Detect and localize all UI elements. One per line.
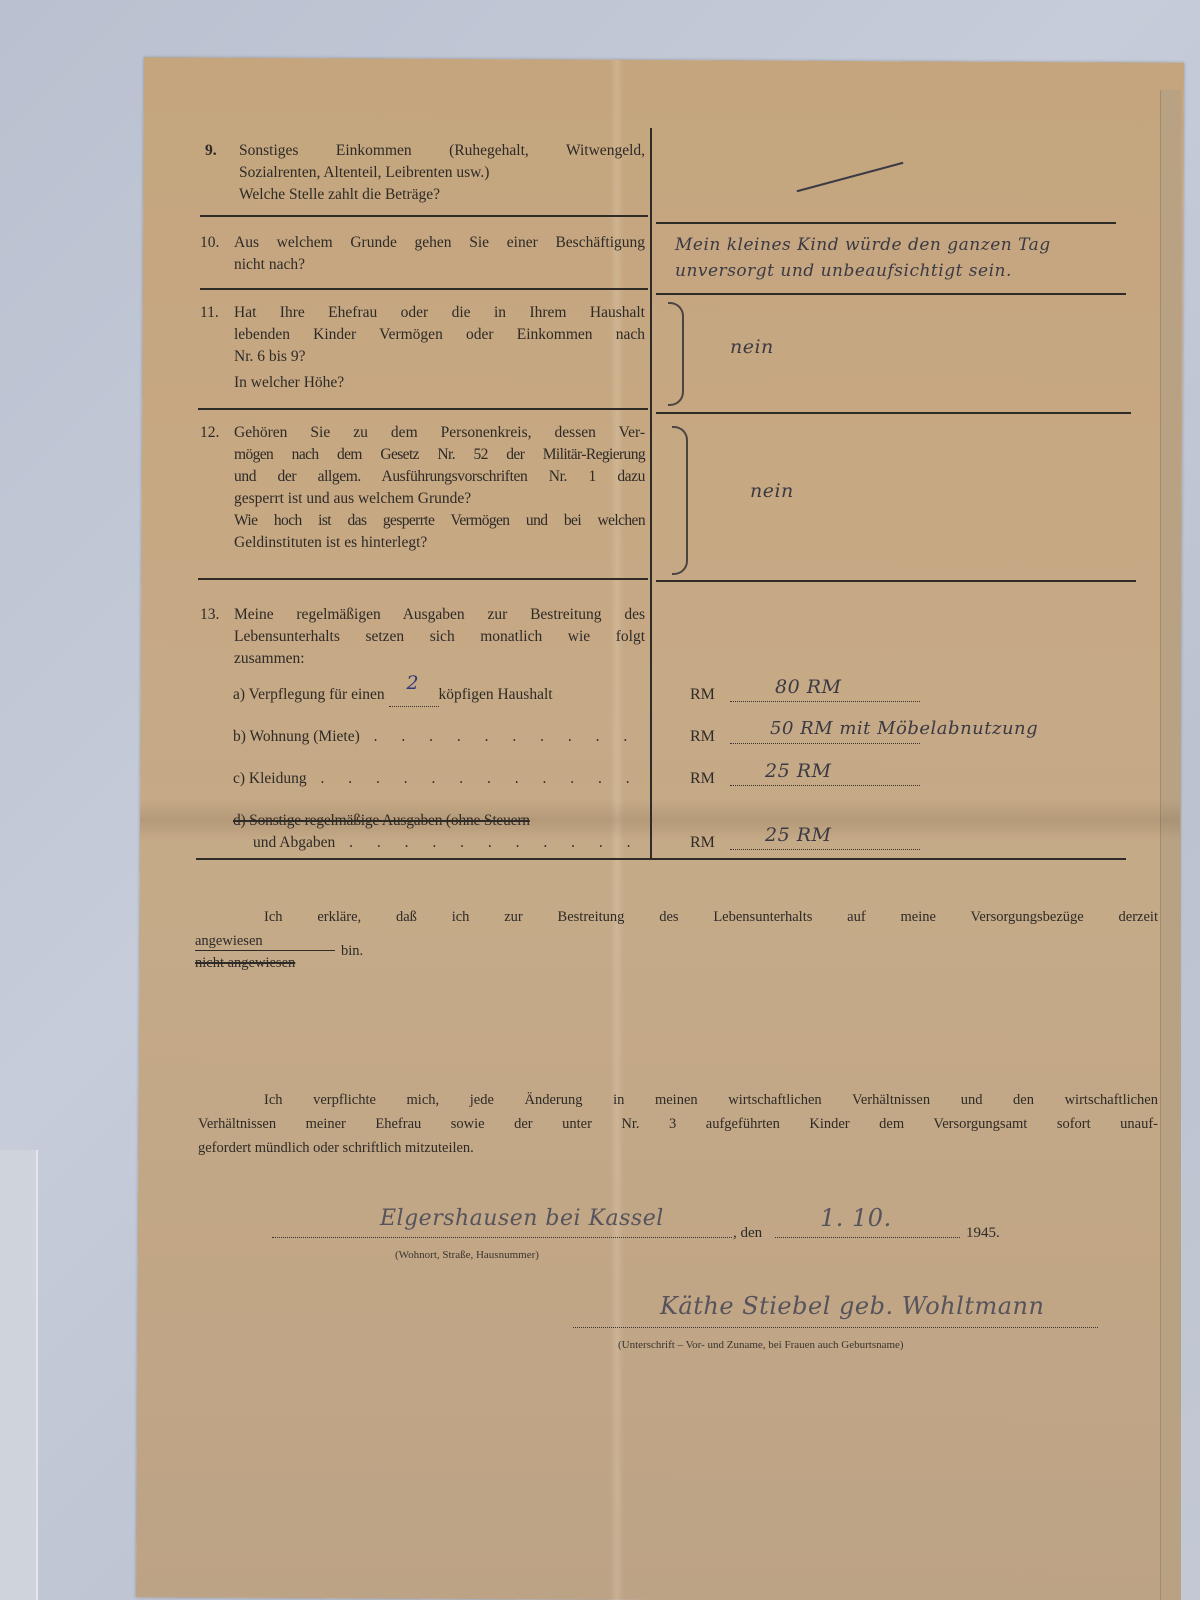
question-text-line: Geldinstituten ist es hinterlegt? [234,532,645,554]
signature-caption: (Unterschrift – Vor- und Zuname, bei Fra… [618,1334,904,1356]
question-text-line: Meine regelmäßigen Ausgaben zur Bestreit… [234,604,645,626]
amount-field-line [730,743,920,744]
currency-label: RM [690,834,715,851]
question-text-line: Sonstiges Einkommen (Ruhegehalt, Witweng… [239,140,645,162]
question-number: 12. [200,422,228,444]
expense-b-amount: RM 50 RM mit Möbelabnutzung [690,726,715,748]
question-text-line: gesperrt ist und aus welchem Grunde? [234,488,645,510]
expense-a-label: a) Verpflegung für einen 2 köpfigen Haus… [233,684,645,707]
amount-value: 80 RM [775,676,841,698]
row-divider [656,293,1126,295]
table-column-divider [650,128,652,858]
expense-label: b) Wohnung (Miete) [233,728,360,745]
currency-label: RM [690,728,715,745]
table-bottom-border [196,858,1126,860]
expense-label: köpfigen Haushalt [439,686,553,703]
expense-c-label: c) Kleidung . . . . . . . . . . . . . . … [233,768,645,790]
place-caption: (Wohnort, Straße, Hausnummer) [395,1244,539,1266]
question-number: 10. [200,232,228,254]
question-text-line: mögen nach dem Gesetz Nr. 52 der Militär… [234,444,645,466]
expense-b-label: b) Wohnung (Miete) . . . . . . . . . . .… [233,726,645,748]
question-text-line: Hat Ihre Ehefrau oder die in Ihrem Haush… [234,302,645,324]
paper-fold-flap [1160,90,1181,1600]
question-text-line: Welche Stelle zahlt die Beträge? [239,184,645,206]
amount-field-line [730,785,920,786]
question-text-line: Aus welchem Grunde gehen Sie einer Besch… [234,232,645,254]
expense-label: und Abgaben [253,834,335,851]
den-label: , den [733,1222,762,1244]
answer-12: nein [750,480,794,502]
expense-d-label: d) Sonstige regelmäßige Ausgaben (ohne S… [233,810,645,854]
currency-label: RM [690,770,715,787]
question-text-line: In welcher Höhe? [234,372,645,394]
question-number: 13. [200,604,228,626]
row-divider [656,580,1136,582]
expense-a-amount: RM 80 RM [690,684,715,706]
answer-text-line: unversorgt und unbeaufsichtigt sein. [675,258,1155,284]
amount-field-line [730,849,920,850]
question-text-line: zusammen: [234,648,645,670]
row-divider [198,578,648,580]
question-11: 11. Hat Ihre Ehefrau oder die in Ihrem H… [200,302,645,394]
question-13: 13. Meine regelmäßigen Ausgaben zur Best… [200,604,645,670]
expense-label: d) Sonstige regelmäßige Ausgaben (ohne S… [233,810,645,832]
declaration-text: Ich erkläre, daß ich zur Bestreitung des… [198,906,1158,928]
question-text-line: lebenden Kinder Vermögen oder Einkommen … [234,324,645,346]
question-number: 11. [200,302,228,324]
question-text-line: Sozialrenten, Altenteil, Leibrenten usw.… [239,162,645,184]
row-divider [200,288,648,290]
obligation-line: Ich verpflichte mich, jede Änderung in m… [198,1088,1158,1112]
question-text-line: Lebensunterhalts setzen sich monatlich w… [234,626,645,648]
expense-label: a) Verpflegung für einen [233,686,385,703]
expense-label: c) Kleidung [233,770,307,787]
amount-value: 25 RM [765,824,831,846]
date-value: 1. 10. [820,1204,892,1232]
amount-value: 50 RM mit Möbelabnutzung [770,718,1038,740]
question-12: 12. Gehören Sie zu dem Personenkreis, de… [200,422,645,554]
signature-field [573,1327,1098,1328]
question-text-line: nicht nach? [234,254,645,276]
question-number: 9. [205,140,233,162]
underlying-sheet-edge [0,1150,38,1600]
question-10: 10. Aus welchem Grunde gehen Sie einer B… [200,232,645,276]
currency-label: RM [690,686,715,703]
amount-field-line [730,701,920,702]
obligation-text: Ich verpflichte mich, jede Änderung in m… [198,1088,1158,1160]
row-divider [656,222,1116,224]
persons-value: 2 [407,672,420,694]
row-divider [198,408,648,410]
declaration-option-kept: angewiesen [195,932,335,951]
expense-d-amount: RM 25 RM [690,832,715,854]
answer-brace [668,302,684,406]
answer-10: Mein kleines Kind würde den ganzen Tag u… [675,232,1155,284]
answer-11: nein [730,336,774,358]
answer-text-line: Mein kleines Kind würde den ganzen Tag [675,232,1155,258]
amount-value: 25 RM [765,760,831,782]
place-field [272,1237,732,1238]
year-label: 1945. [966,1222,1000,1244]
obligation-line: Verhältnissen meiner Ehefrau sowie der u… [198,1112,1158,1136]
question-text-line: und der allgem. Ausführungsvorschriften … [234,466,645,488]
expense-c-amount: RM 25 RM [690,768,715,790]
declaration-option-struck: nicht angewiesen [195,954,295,972]
question-text-line: Wie hoch ist das gesperrte Vermögen und … [234,510,645,532]
obligation-line: gefordert mündlich oder schriftlich mitz… [198,1136,1158,1160]
persons-field: 2 [389,684,439,707]
declaration-suffix: bin. [341,942,363,960]
row-divider [656,412,1131,414]
signature-value: Käthe Stiebel geb. Wohltmann [660,1292,1044,1320]
place-value: Elgershausen bei Kassel [380,1206,664,1231]
question-text-line: Gehören Sie zu dem Personenkreis, dessen… [234,422,645,444]
question-text-line: Nr. 6 bis 9? [234,346,645,368]
date-field [775,1237,960,1238]
row-divider [200,215,648,217]
answer-brace [672,426,688,575]
question-9: 9. Sonstiges Einkommen (Ruhegehalt, Witw… [205,140,645,206]
